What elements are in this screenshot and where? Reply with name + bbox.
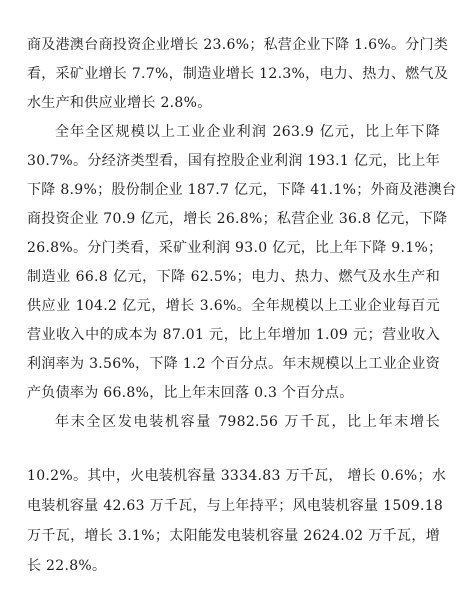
text-line: 供应业 104.2 亿元，增长 3.6%。全年规模以上工业企业每百元 — [27, 296, 440, 316]
text-line: 水生产和供应业增长 2.8%。 — [27, 93, 440, 113]
text-line: 全年全区规模以上工业企业利润 263.9 亿元，比上年下降 — [55, 122, 440, 142]
text-line: 26.8%。分门类看，采矿业利润 93.0 亿元，比上年下降 9.1%； — [27, 238, 440, 258]
document-page: 商及港澳台商投资企业增长 23.6%；私营企业下降 1.6%。分门类 看，采矿业… — [0, 0, 466, 604]
text-line: 长 22.8%。 — [27, 556, 440, 576]
text-line: 看，采矿业增长 7.7%，制造业增长 12.3%，电力、热力、燃气及 — [27, 64, 440, 84]
text-line: 商及港澳台商投资企业增长 23.6%；私营企业下降 1.6%。分门类 — [27, 35, 440, 55]
text-line: 电装机容量 42.63 万千瓦，与上年持平；风电装机容量 1509.18 — [27, 496, 440, 516]
text-line: 营业收入中的成本为 87.01 元，比上年增加 1.09 元；营业收入 — [27, 325, 440, 345]
text-line: 利润率为 3.56%，下降 1.2 个百分点。年末规模以上工业企业资 — [27, 354, 440, 374]
text-line: 万千瓦，增长 3.1%；太阳能发电装机容量 2624.02 万千瓦，增 — [27, 526, 440, 546]
text-line: 产负债率为 66.8%，比上年末回落 0.3 个百分点。 — [27, 383, 440, 403]
text-line: 下降 8.9%；股份制企业 187.7 亿元，下降 41.1%；外商及港澳台 — [27, 180, 440, 200]
text-line: 制造业 66.8 亿元，下降 62.5%；电力、热力、燃气及水生产和 — [27, 267, 440, 287]
text-line: 30.7%。分经济类型看，国有控股企业利润 193.1 亿元，比上年 — [27, 151, 440, 171]
text-line: 商投资企业 70.9 亿元，增长 26.8%；私营企业 36.8 亿元，下降 — [27, 209, 440, 229]
text-line: 10.2%。其中，火电装机容量 3334.83 万千瓦， 增长 0.6%；水 — [27, 466, 440, 486]
text-line: 年末全区发电装机容量 7982.56 万千瓦，比上年末增长 — [55, 412, 440, 432]
